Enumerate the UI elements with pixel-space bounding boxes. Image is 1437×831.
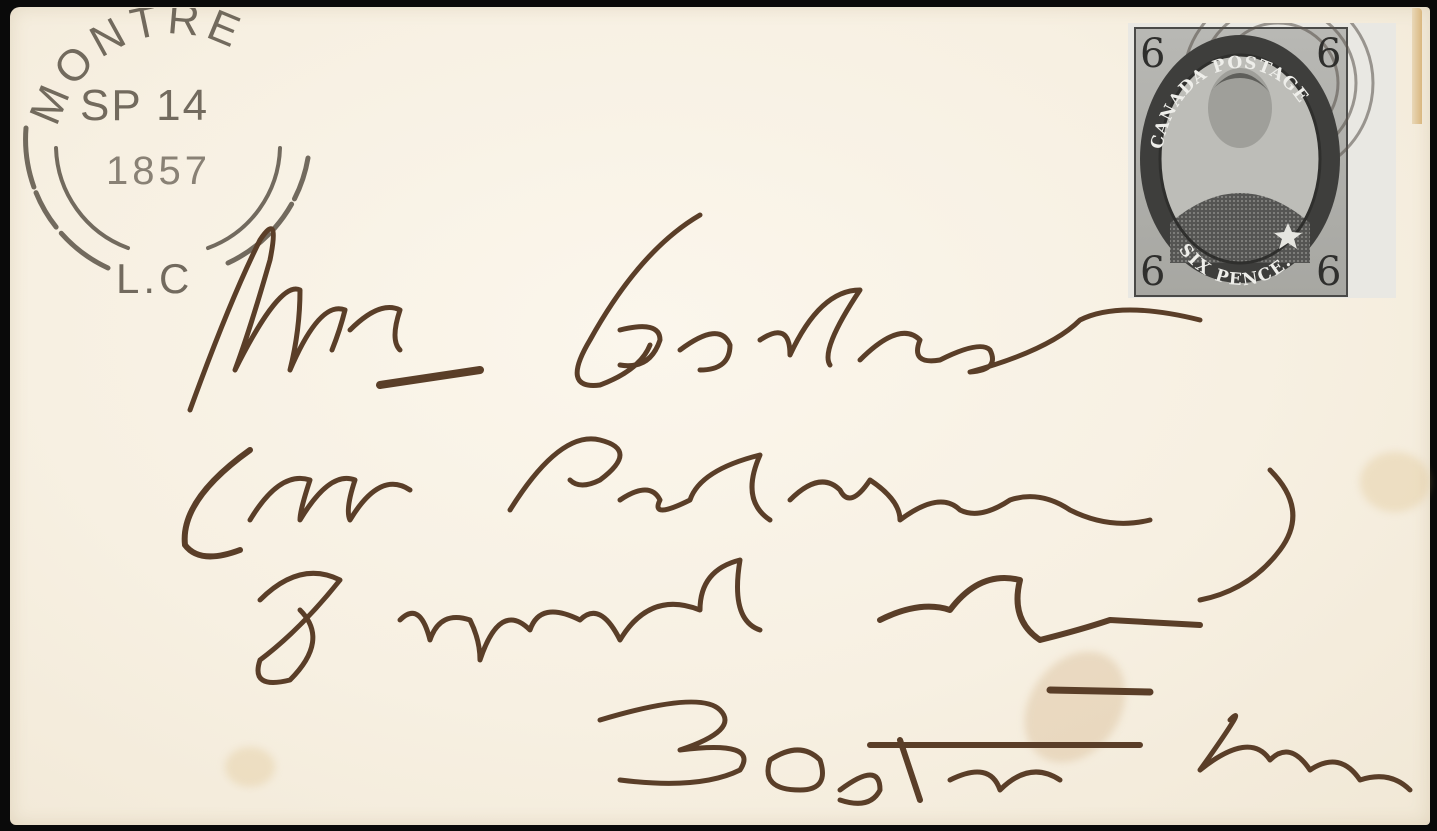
stamp-corner-value: 6 — [1140, 249, 1165, 295]
stamp-corner-value: 6 — [1140, 31, 1165, 77]
postmark-date: SP 14 — [80, 81, 209, 130]
ink-smudge — [1004, 632, 1147, 782]
paper-stain — [225, 747, 275, 787]
postmark-region: L.C — [116, 255, 193, 298]
postmark: MONTRE SP 14 1857 L.C — [18, 8, 318, 298]
stamp-corner-value: 6 — [1316, 31, 1341, 77]
address-line-4: Boston Mass — [0, 0, 1, 1]
address-line-3: 8 Walnut St — [0, 0, 1, 1]
address-line-2: (Mrs Parkman's) — [0, 0, 1, 1]
postmark-year: 1857 — [106, 149, 211, 193]
envelope-flap-edge — [1412, 8, 1422, 124]
address-line-1: Mrs Cordner — [0, 0, 1, 1]
stamp-corner-value: 6 — [1316, 249, 1341, 295]
paper-stain — [1360, 452, 1430, 512]
postage-stamp: CANADA POSTAGE SIX PENCE. 6 6 6 6 — [1128, 23, 1396, 298]
